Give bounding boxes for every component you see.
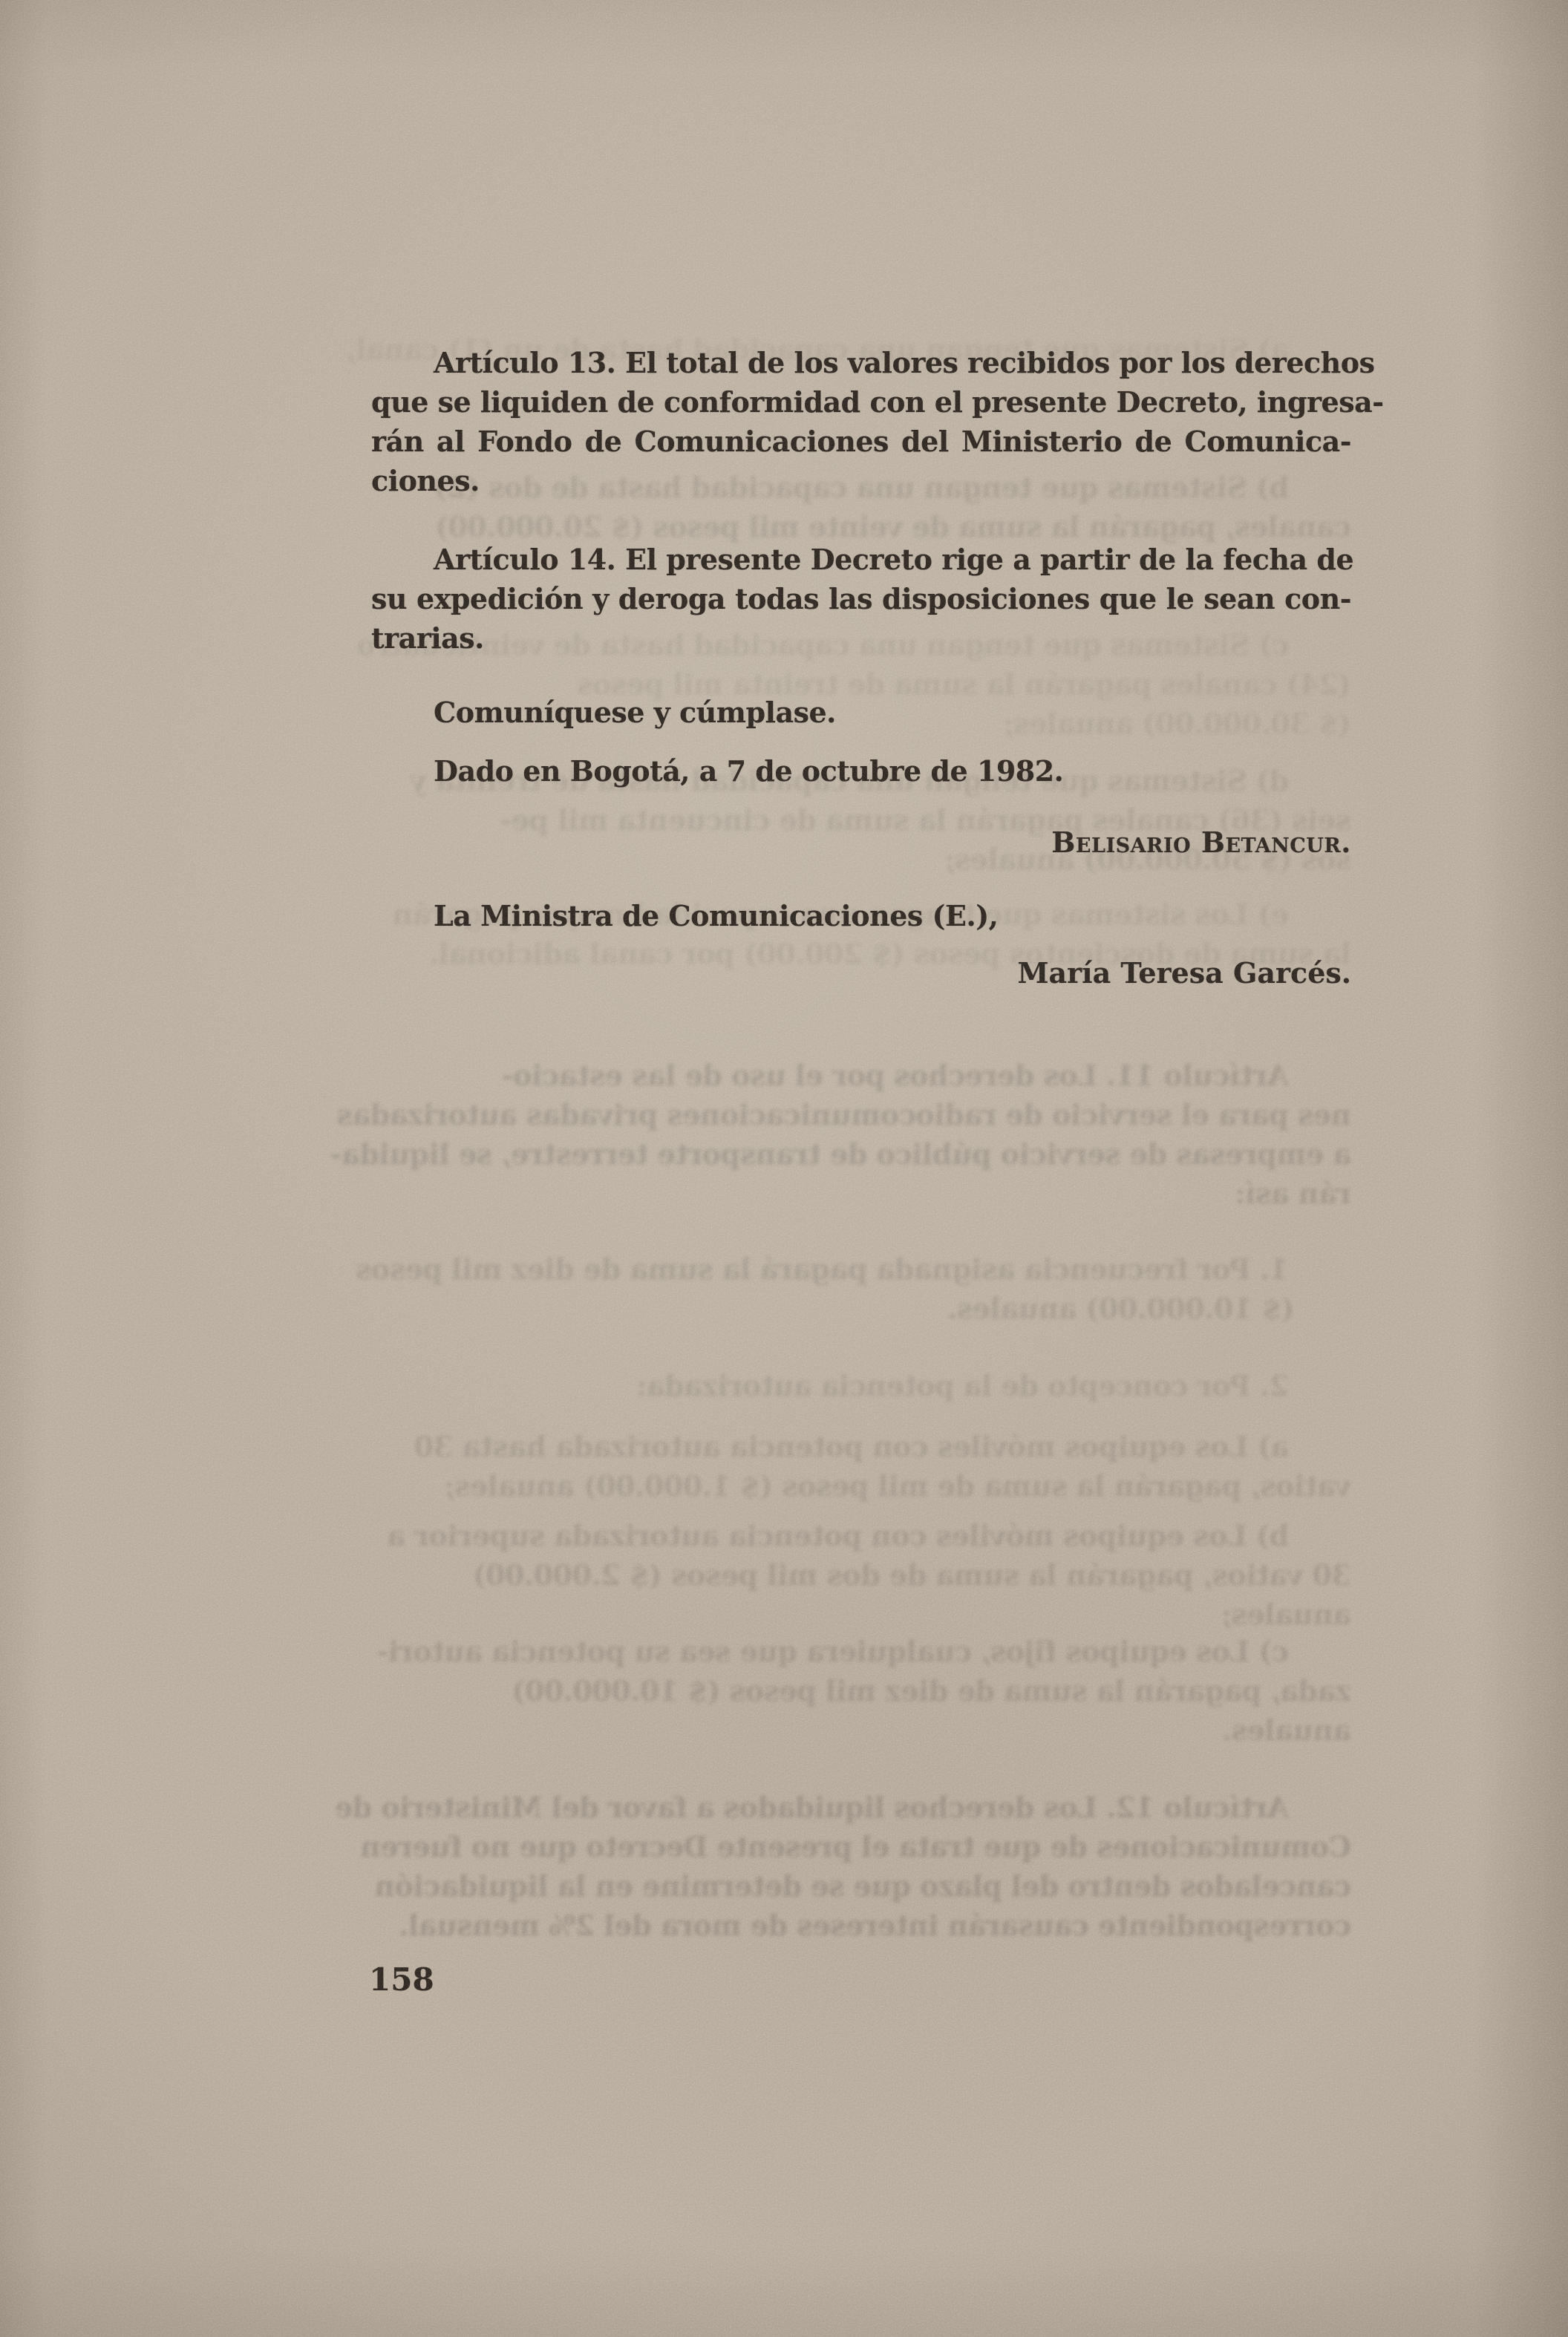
bleedthrough-literal-c: c) Los equipos fijos, cualquiera que sea… xyxy=(371,1632,1351,1750)
bleedthrough-numeral-2: 2. Por concepto de la potencia autorizad… xyxy=(371,1366,1351,1405)
text-column: a) Sistemas que tengan una capacidad has… xyxy=(371,0,1351,2337)
signature-belisario-betancur: Belisario Betancur. xyxy=(371,826,1351,859)
page-number: 158 xyxy=(369,1961,434,1998)
paragraph-dado-en-bogota: Dado en Bogotá, a 7 de octubre de 1982. xyxy=(371,751,1351,791)
paragraph-comuniquese: Comuníquese y cúmplase. xyxy=(371,693,1351,732)
signature-maria-teresa-garces: María Teresa Garcés. xyxy=(371,956,1351,990)
bleedthrough-numeral-1: 1. Por frecuencia asignada pagará la sum… xyxy=(371,1249,1351,1328)
bleedthrough-literal-b: b) Los equipos móviles con potencia auto… xyxy=(371,1516,1351,1634)
paragraph-articulo-14: Artículo 14. El presente Decreto rige a … xyxy=(371,540,1351,658)
scanned-book-page: a) Sistemas que tengan una capacidad has… xyxy=(0,0,1568,2337)
bleedthrough-literal-a: a) Los equipos móviles con potencia auto… xyxy=(371,1427,1351,1506)
bleedthrough-articulo-11: Artículo 11. Los derechos por el uso de … xyxy=(371,1056,1351,1213)
bleedthrough-articulo-12: Artículo 12. Los derechos liquidados a f… xyxy=(371,1788,1351,1945)
paragraph-articulo-13: Artículo 13. El total de los valores rec… xyxy=(371,343,1351,500)
paragraph-ministra: La Ministra de Comunicaciones (E.), xyxy=(371,896,1351,935)
